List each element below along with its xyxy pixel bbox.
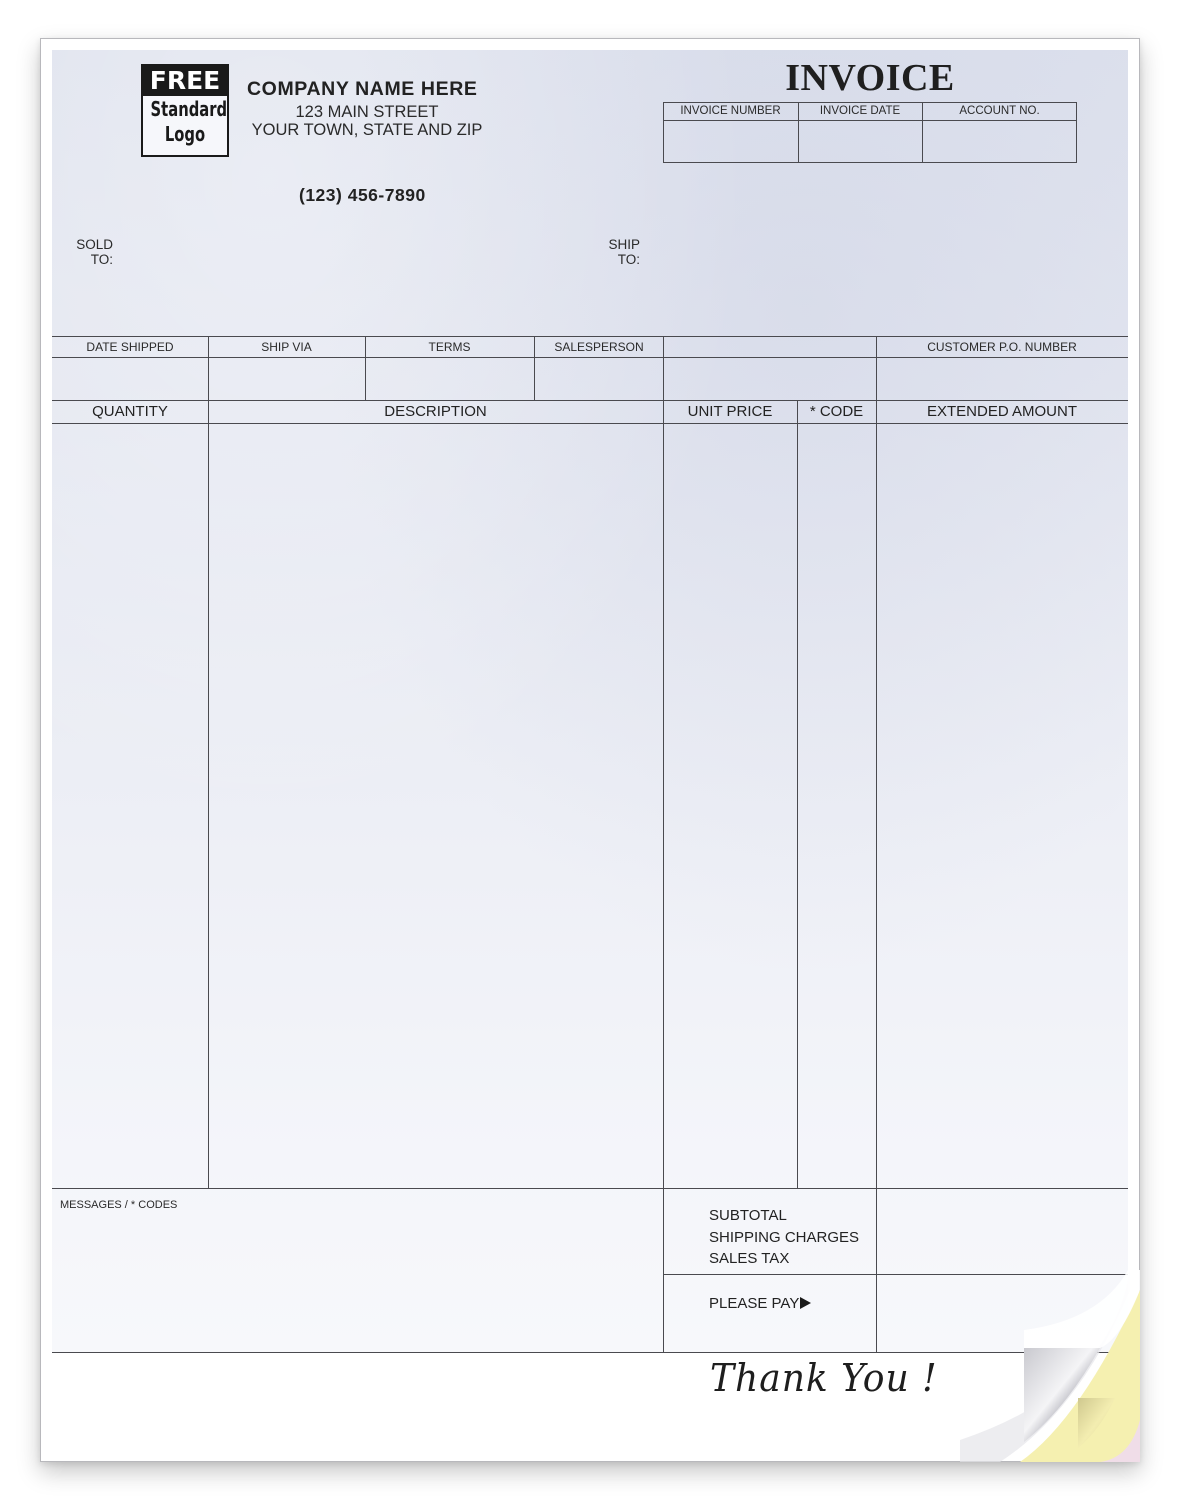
- ship-via-field[interactable]: [210, 359, 364, 399]
- logo-badge: FREE: [143, 66, 227, 96]
- please-pay-label: PLEASE PAY: [709, 1293, 811, 1315]
- salesperson-field[interactable]: [536, 359, 662, 399]
- arrow-right-icon: [800, 1297, 811, 1309]
- divider: [52, 423, 1128, 424]
- company-logo-placeholder: FREE Standard Logo: [141, 64, 229, 157]
- company-name: COMPANY NAME HERE: [247, 78, 478, 101]
- code-column[interactable]: [799, 425, 875, 1187]
- thank-you-text: Thank You !: [710, 1356, 938, 1400]
- page-curl-icon: [960, 1270, 1140, 1470]
- invoice-date-label: INVOICE DATE: [798, 105, 922, 117]
- description-column[interactable]: [210, 425, 662, 1187]
- quantity-column[interactable]: [53, 425, 207, 1187]
- terms-label: TERMS: [365, 340, 534, 354]
- subtotal-label: SUBTOTAL: [709, 1205, 787, 1227]
- salesperson-label: SALESPERSON: [534, 340, 664, 354]
- divider: [208, 336, 209, 1188]
- description-header: DESCRIPTION: [208, 403, 663, 420]
- ship-to-label: SHIP TO:: [590, 237, 640, 267]
- divider: [52, 1188, 1128, 1189]
- extended-amount-column[interactable]: [878, 425, 1127, 1187]
- customer-po-label: CUSTOMER P.O. NUMBER: [876, 340, 1128, 354]
- date-shipped-label: DATE SHIPPED: [52, 340, 208, 354]
- page-title: INVOICE: [663, 56, 1077, 100]
- ship-via-label: SHIP VIA: [208, 340, 365, 354]
- divider: [52, 336, 1128, 337]
- account-no-label: ACCOUNT NO.: [922, 105, 1077, 117]
- invoice-number-field[interactable]: [665, 122, 797, 162]
- shipping-charges-label: SHIPPING CHARGES: [709, 1227, 859, 1249]
- terms-field[interactable]: [367, 359, 533, 399]
- logo-text: Standard Logo: [151, 97, 220, 147]
- customer-po-field[interactable]: [878, 359, 1127, 399]
- divider: [52, 357, 1128, 358]
- company-city: YOUR TOWN, STATE AND ZIP: [247, 121, 487, 140]
- divider: [663, 120, 1077, 121]
- messages-label: MESSAGES / * CODES: [60, 1199, 177, 1211]
- divider: [663, 336, 664, 1352]
- code-header: * CODE: [797, 403, 876, 420]
- sold-to-label: SOLD TO:: [60, 237, 113, 267]
- divider: [52, 400, 1128, 401]
- sales-tax-label: SALES TAX: [709, 1248, 789, 1270]
- account-no-field[interactable]: [924, 122, 1076, 162]
- invoice-number-label: INVOICE NUMBER: [663, 105, 798, 117]
- sold-to-field[interactable]: [120, 236, 590, 326]
- ship-to-field[interactable]: [648, 236, 1118, 326]
- totals-amount-field[interactable]: [878, 1190, 1127, 1272]
- divider: [797, 400, 798, 1188]
- quantity-header: QUANTITY: [52, 403, 208, 420]
- company-street: 123 MAIN STREET: [247, 103, 487, 122]
- divider: [876, 336, 877, 1352]
- messages-field[interactable]: [56, 1216, 656, 1348]
- unit-price-column[interactable]: [665, 425, 796, 1187]
- invoice-date-field[interactable]: [800, 122, 921, 162]
- blank-field[interactable]: [665, 359, 875, 399]
- company-phone: (123) 456-7890: [299, 185, 426, 206]
- unit-price-header: UNIT PRICE: [663, 403, 797, 420]
- date-shipped-field[interactable]: [53, 359, 207, 399]
- extended-amount-header: EXTENDED AMOUNT: [876, 403, 1128, 420]
